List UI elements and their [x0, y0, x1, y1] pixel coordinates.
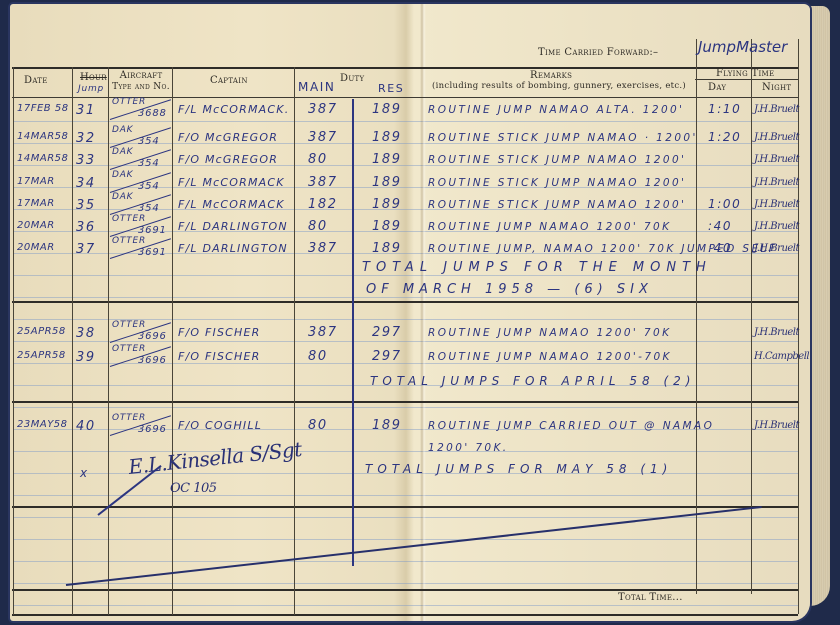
header-date: Date: [24, 75, 48, 86]
entry-duty-main: 387: [308, 325, 338, 340]
header-aircraft-line1: Aircraft: [112, 70, 170, 81]
entry-duty-res: 189: [372, 102, 402, 117]
jump-master-note: JumpMaster: [698, 38, 787, 56]
col-line-remarks: [696, 39, 697, 594]
entry-duty-main: 80: [308, 418, 328, 433]
entry-flying-day: :40: [708, 219, 732, 233]
entry-remarks: ROUTINE JUMP NAMAO ALTA. 1200': [428, 104, 684, 116]
entry-jump-number: 38: [76, 326, 96, 341]
entry-duty-main: 387: [308, 130, 338, 145]
entry-jump-number: 34: [76, 176, 96, 191]
entry-aircraft-number: 3691: [138, 225, 167, 236]
entry-captain: F/L DARLINGTON: [178, 242, 288, 255]
entry-captain: F/L McCORMACK.: [178, 103, 289, 116]
entry-signature: J.H.Bruelt: [754, 132, 799, 143]
entry-flying-day: 1:20: [708, 130, 741, 144]
entry-remarks: ROUTINE JUMP CARRIED OUT @ NAMAO: [428, 420, 714, 432]
entry-aircraft-type: OTTER: [112, 344, 146, 354]
entry-date: 25APR58: [17, 350, 66, 361]
table-top-line: [12, 67, 798, 69]
entry-duty-res: 189: [372, 152, 402, 167]
entry-jump-number: 39: [76, 350, 96, 365]
entry-duty-res: 189: [372, 130, 402, 145]
entry-duty-main: 80: [308, 152, 328, 167]
header-duty: Duty: [340, 73, 364, 84]
entry-jump-number: 31: [76, 103, 96, 118]
header-night: Night: [762, 82, 791, 93]
entry-duty-main: 80: [308, 219, 328, 234]
total-time-label: Total Time...: [618, 592, 683, 603]
entry-jump-number: 40: [76, 419, 96, 434]
col-line-captain: [294, 67, 295, 615]
entry-date: 14MAR58: [17, 131, 68, 142]
entry-captain: F/L McCORMACK: [178, 198, 285, 211]
may-section-line: [12, 506, 798, 508]
entry-duty-res: 189: [372, 241, 402, 256]
entry-aircraft-type: OTTER: [112, 97, 146, 107]
march-section-line: [12, 301, 798, 303]
entry-flying-day: 1:10: [708, 102, 741, 116]
entry-aircraft-number: 3691: [138, 247, 167, 258]
april-section-line: [12, 401, 798, 403]
entry-aircraft-type: DAK: [112, 170, 133, 180]
header-remarks-sub: (including results of bombing, gunnery, …: [432, 81, 686, 91]
entry-aircraft-type: OTTER: [112, 320, 146, 330]
certification-unit: OC 105: [170, 481, 217, 496]
entry-signature: J.H.Bruelt: [754, 104, 799, 115]
entry-remarks: ROUTINE JUMP NAMAO 1200' 70K: [428, 221, 671, 233]
entry-flying-day: :40: [708, 241, 732, 255]
entry-aircraft-type: OTTER: [112, 236, 146, 246]
entry-signature: J.H.Bruelt: [754, 420, 799, 431]
entry-date: 14MAR58: [17, 153, 68, 164]
entry-remarks: ROUTINE STICK JUMP NAMAO 1200': [428, 177, 686, 189]
entry-date: 23MAY58: [17, 419, 68, 430]
bottom-line: [12, 614, 798, 616]
march-total-line2: OF MARCH 1958 — (6) SIX: [366, 282, 653, 297]
entry-jump-number: 32: [76, 131, 96, 146]
entry-duty-main: 387: [308, 175, 338, 190]
header-jump: Jump: [78, 84, 104, 94]
entry-duty-res: 189: [372, 418, 402, 433]
entry-duty-res: 189: [372, 175, 402, 190]
col-line-aircraft: [172, 67, 173, 615]
col-line-left: [13, 67, 14, 615]
header-flying-time: Flying Time: [716, 68, 774, 79]
entry-captain: F/O McGREGOR: [178, 153, 278, 166]
entry-captain: F/L DARLINGTON: [178, 220, 288, 233]
flying-time-divider: [695, 79, 798, 80]
entry-captain: F/O FISCHER: [178, 326, 261, 339]
header-hour-struck: Hour: [80, 72, 107, 83]
entry-captain: F/L McCORMACK: [178, 176, 285, 189]
entry-aircraft-type: DAK: [112, 125, 133, 135]
entry-duty-res: 297: [372, 349, 402, 364]
header-duty-main: MAIN: [298, 80, 335, 94]
logbook-spread: Time Carried Forward:– JumpMaster Date H…: [10, 4, 810, 621]
entry-remarks: ROUTINE STICK JUMP NAMAO · 1200': [428, 132, 698, 144]
entry-remarks: ROUTINE STICK JUMP NAMAO 1200': [428, 199, 686, 211]
entry-date: 17FEB 58: [17, 103, 69, 114]
certification-mark: x: [80, 466, 89, 480]
header-remarks: Remarks: [530, 70, 572, 81]
entry-captain: F/O FISCHER: [178, 350, 261, 363]
entry-duty-res: 297: [372, 325, 402, 340]
entry-remarks: ROUTINE JUMP NAMAO 1200'-70K: [428, 351, 672, 363]
april-total: TOTAL JUMPS FOR APRIL 58 (2): [370, 374, 695, 388]
entry-remarks: ROUTINE JUMP NAMAO 1200' 70K: [428, 327, 671, 339]
entry-aircraft-number: 3688: [138, 108, 167, 119]
entry-duty-res: 189: [372, 219, 402, 234]
time-carried-forward-label: Time Carried Forward:–: [538, 47, 658, 58]
header-day: Day: [708, 82, 726, 93]
entry-flying-day: 1:00: [708, 197, 741, 211]
entry-signature: J.H.Bruelt: [754, 177, 799, 188]
entry-date: 20MAR: [17, 242, 55, 253]
ink-duty-divider: [352, 99, 354, 566]
col-line-day: [751, 39, 752, 594]
entry-date: 17MAR: [17, 176, 55, 187]
entry-signature: H.Campbell: [754, 351, 809, 362]
entry-duty-main: 182: [308, 197, 338, 212]
page-stack-edge: [808, 6, 830, 606]
header-captain: Captain: [210, 75, 248, 86]
entry-jump-number: 35: [76, 198, 96, 213]
entry-signature: J.H.Bruelt: [754, 199, 799, 210]
entry-duty-res: 189: [372, 197, 402, 212]
entry-aircraft-type: DAK: [112, 192, 133, 202]
entry-signature: J.H.Bruelt: [754, 327, 799, 338]
header-aircraft-line2: Type and No.: [110, 82, 172, 92]
entry-signature: J.H.Bruelt: [754, 221, 799, 232]
total-line: [12, 589, 798, 591]
entry-date: 25APR58: [17, 326, 66, 337]
col-line-jump: [108, 67, 109, 615]
entry-captain: F/O COGHILL: [178, 419, 262, 432]
may-total: TOTAL JUMPS FOR MAY 58 (1): [365, 462, 672, 476]
col-line-date: [72, 67, 73, 615]
entry-date: 17MAR: [17, 198, 55, 209]
entry-remarks-line2: 1200' 70K.: [428, 442, 509, 454]
march-total-line1: TOTAL JUMPS FOR THE MONTH: [362, 260, 712, 275]
entry-jump-number: 37: [76, 242, 96, 257]
entry-captain: F/O McGREGOR: [178, 131, 278, 144]
entry-remarks: ROUTINE STICK JUMP NAMAO 1200': [428, 154, 686, 166]
entry-aircraft-number: 3696: [138, 355, 167, 366]
entry-jump-number: 33: [76, 153, 96, 168]
entry-signature: J.H.Bruelt: [754, 243, 799, 254]
entry-aircraft-type: DAK: [112, 147, 133, 157]
header-duty-res: RES: [378, 82, 404, 95]
entry-aircraft-type: OTTER: [112, 413, 146, 423]
entry-aircraft-type: OTTER: [112, 214, 146, 224]
entry-signature: J.H.Bruelt: [754, 154, 799, 165]
entry-aircraft-number: 3696: [138, 424, 167, 435]
entry-aircraft-number: 3696: [138, 331, 167, 342]
entry-duty-main: 80: [308, 349, 328, 364]
entry-jump-number: 36: [76, 220, 96, 235]
entry-duty-main: 387: [308, 102, 338, 117]
entry-duty-main: 387: [308, 241, 338, 256]
entry-date: 20MAR: [17, 220, 55, 231]
